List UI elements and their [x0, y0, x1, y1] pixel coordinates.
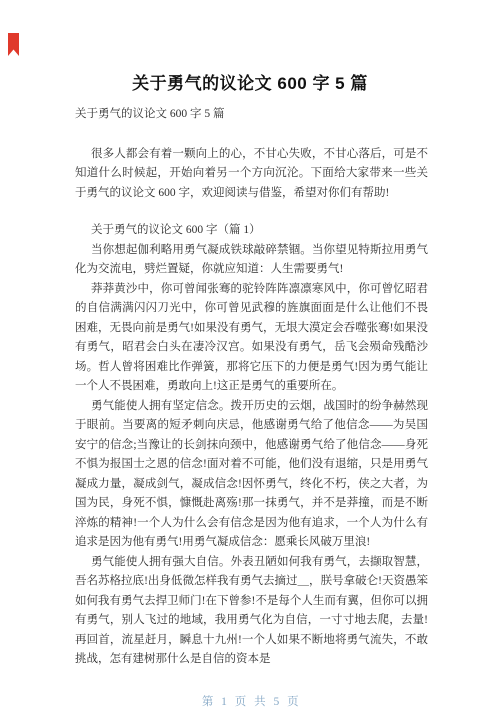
body-paragraph: 勇气能使人拥有坚定信念。拨开历史的云烟，战国时的纷争赫然现于眼前。当要离的短矛刺…	[75, 397, 428, 553]
page-title: 关于勇气的议论文 600 字 5 篇	[0, 0, 500, 96]
document-subtitle: 关于勇气的议论文 600 字 5 篇	[75, 105, 428, 125]
document-page: 关于勇气的议论文 600 字 5 篇 关于勇气的议论文 600 字 5 篇 很多…	[0, 0, 500, 707]
body-paragraph: 当你想起伽利略用勇气凝成铁球敲碎禁锢。当你望见特斯拉用勇气化为交流电，劈烂置疑，…	[75, 241, 428, 280]
document-body: 关于勇气的议论文 600 字 5 篇 很多人都会有着一颗向上的心，不甘心失败，不…	[0, 105, 500, 707]
page-number-footer: 第 1 页 共 5 页	[75, 693, 428, 707]
intro-paragraph: 很多人都会有着一颗向上的心，不甘心失败，不甘心落后，可是不知道什么时候起，开始向…	[75, 145, 428, 204]
section-heading: 关于勇气的议论文 600 字（篇 1）	[75, 221, 428, 241]
body-paragraph: 莽莽黄沙中，你可曾闻张骞的驼铃阵阵凛凛寒风中，你可曾忆昭君的自信满满闪闪刀光中，…	[75, 280, 428, 397]
body-paragraph: 勇气能使人拥有强大自信。外表丑陋如何我有勇气，去撷取智慧，吾名苏格拉底!出身低微…	[75, 553, 428, 670]
